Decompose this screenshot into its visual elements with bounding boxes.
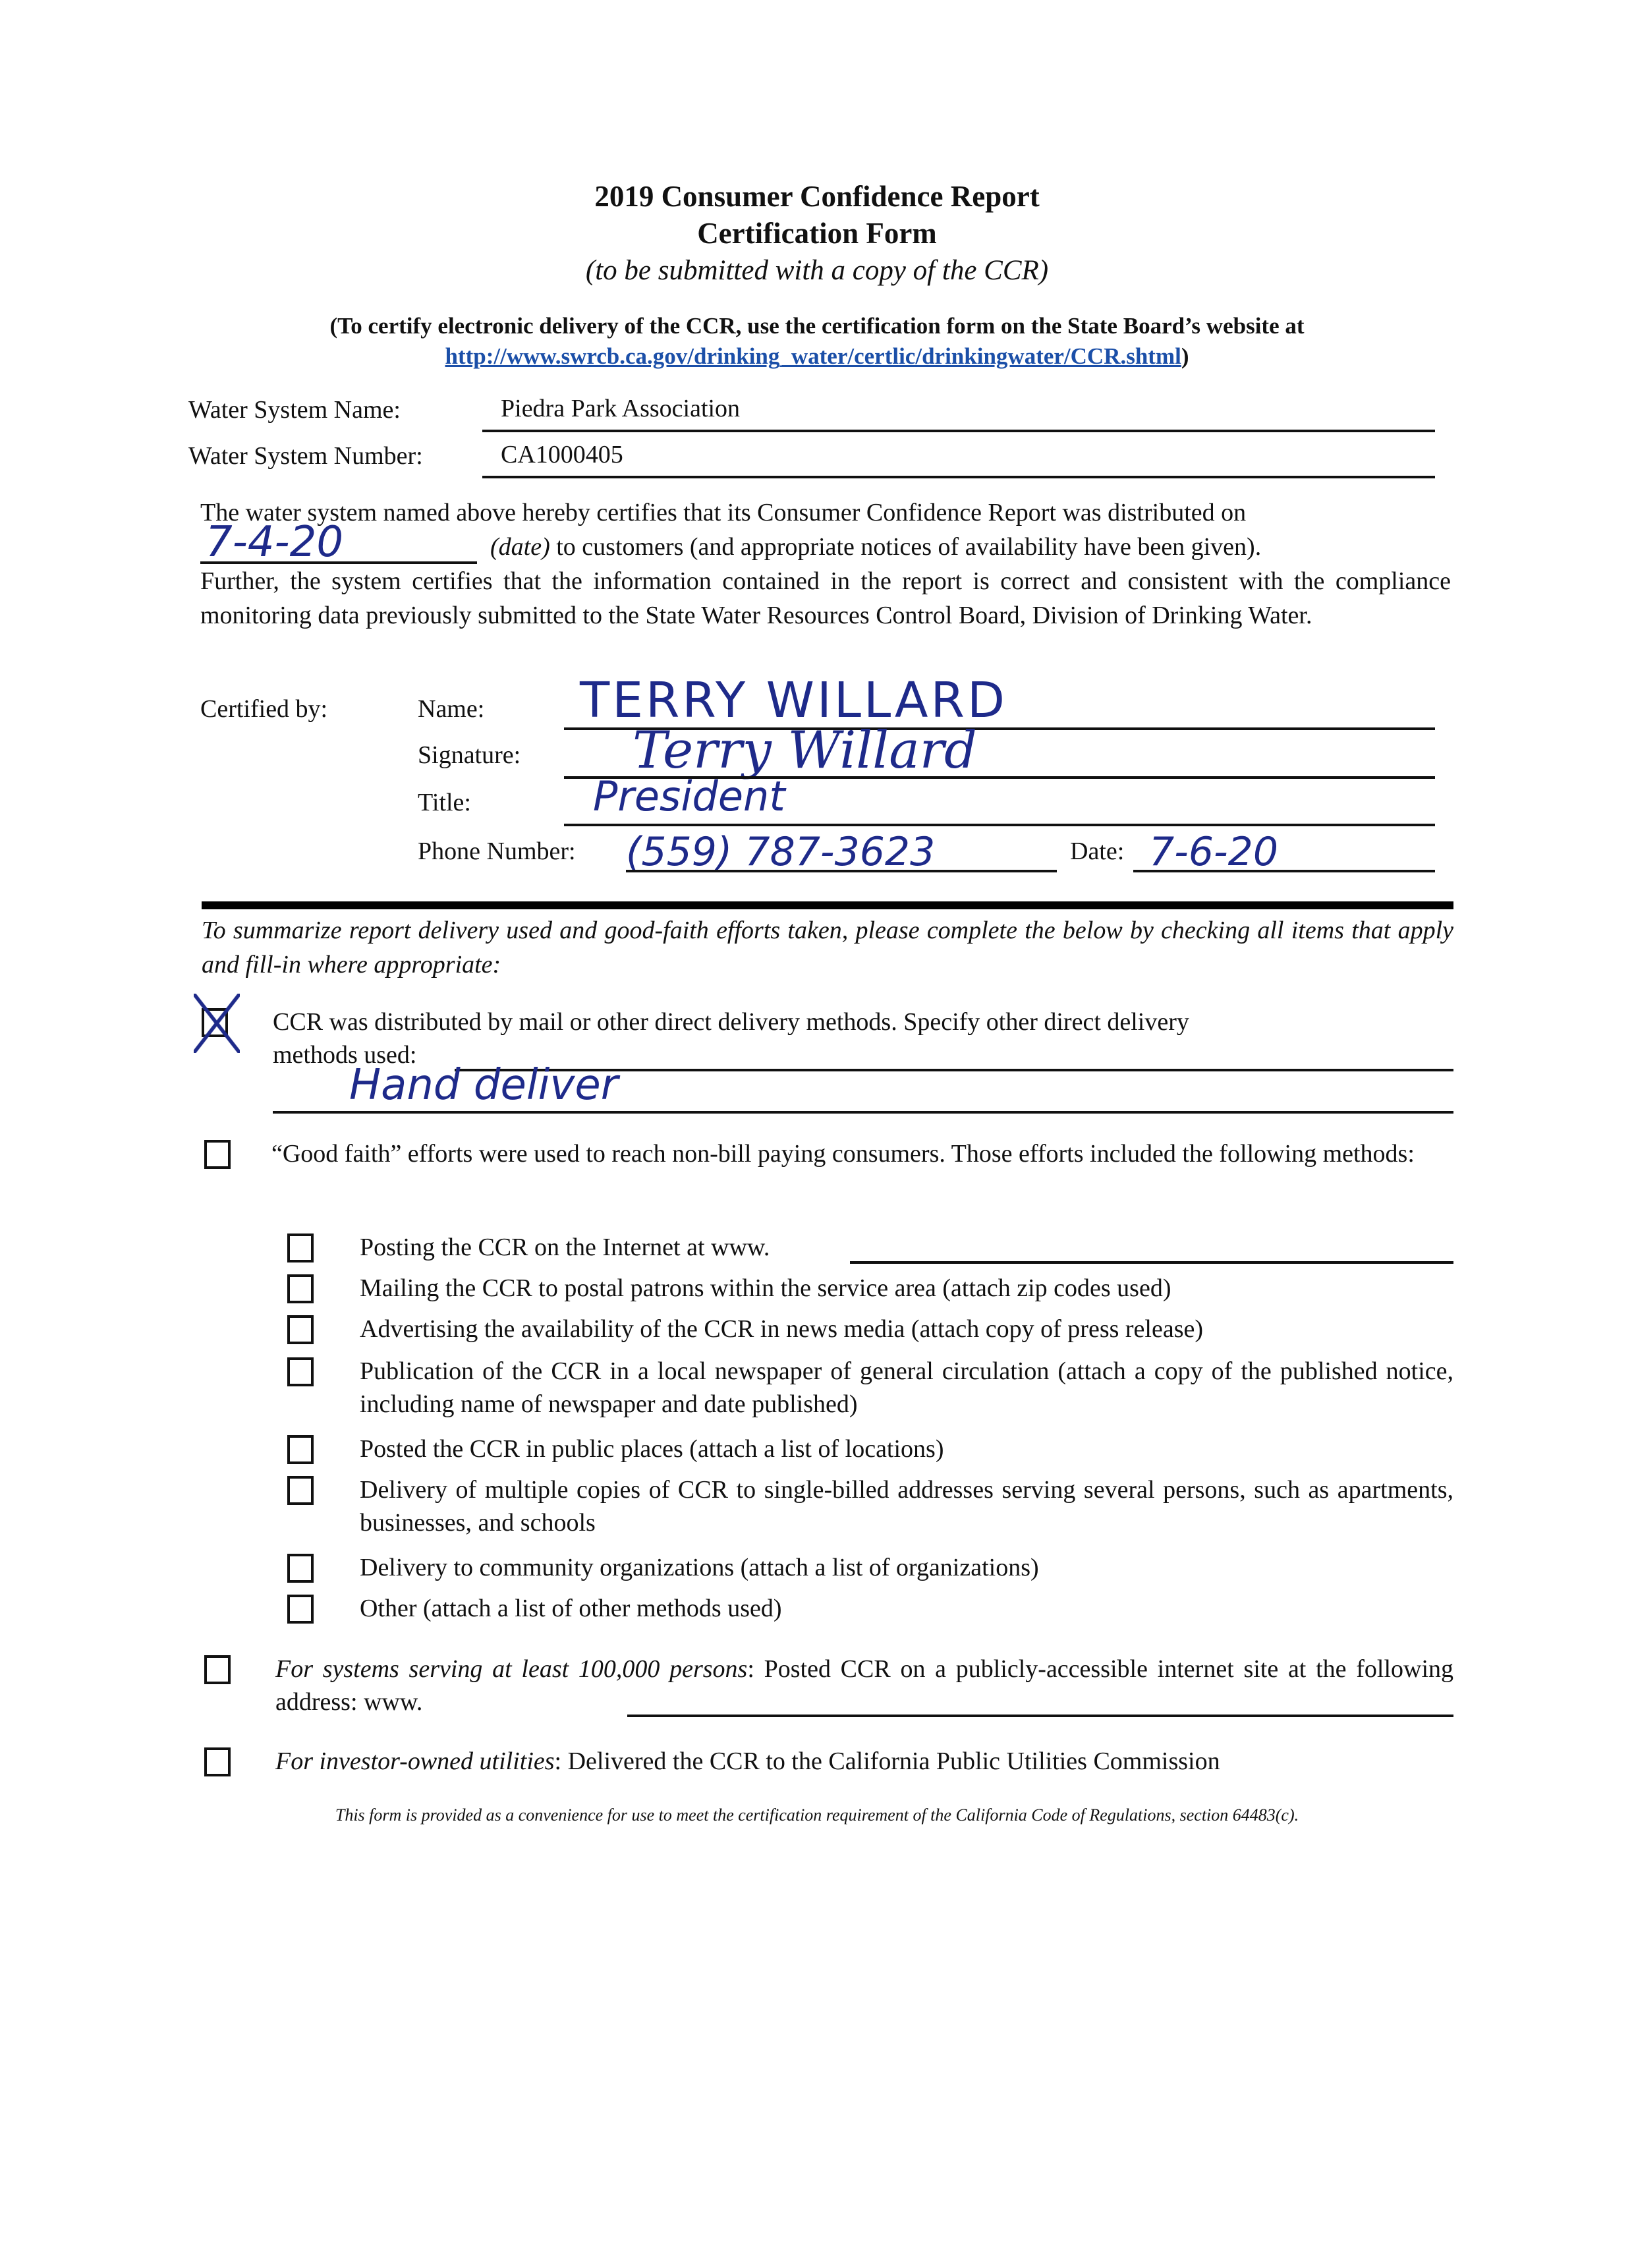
- investor-owned-checkbox[interactable]: [204, 1747, 231, 1776]
- newspaper-publication-text: Publication of the CCR in a local newspa…: [360, 1355, 1453, 1421]
- direct-delivery-methods-value[interactable]: Hand deliver: [349, 1061, 618, 1110]
- certified-by-label: Certified by:: [200, 695, 327, 723]
- water-system-name-value[interactable]: Piedra Park Association: [501, 394, 740, 423]
- electronic-delivery-link-line: http://www.swrcb.ca.gov/drinking_water/c…: [0, 341, 1634, 372]
- section-divider: [202, 901, 1453, 909]
- signature-value[interactable]: Terry Willard: [633, 721, 977, 780]
- certification-line3: Further, the system certifies that the i…: [200, 564, 1451, 633]
- public-places-text: Posted the CCR in public places (attach …: [360, 1432, 944, 1465]
- water-system-number-value[interactable]: CA1000405: [501, 440, 623, 469]
- mailing-postal-text: Mailing the CCR to postal patrons within…: [360, 1272, 1171, 1305]
- posting-internet-checkbox[interactable]: [287, 1233, 314, 1262]
- community-orgs-checkbox[interactable]: [287, 1554, 314, 1583]
- direct-delivery-text: CCR was distributed by mail or other dir…: [273, 1006, 1453, 1038]
- posting-internet-text: Posting the CCR on the Internet at www.: [360, 1231, 770, 1264]
- community-orgs-text: Delivery to community organizations (att…: [360, 1551, 1039, 1584]
- water-system-number-label: Water System Number:: [188, 441, 423, 470]
- title-value[interactable]: President: [593, 772, 785, 820]
- other-methods-text: Other (attach a list of other methods us…: [360, 1592, 782, 1625]
- form-title: 2019 Consumer Confidence Report: [0, 178, 1634, 215]
- public-places-checkbox[interactable]: [287, 1435, 314, 1464]
- good-faith-checkbox[interactable]: [204, 1140, 231, 1169]
- title-label: Title:: [418, 788, 471, 817]
- signed-date-value[interactable]: 7-6-20: [1149, 829, 1278, 875]
- advertising-media-checkbox[interactable]: [287, 1315, 314, 1344]
- state-board-link[interactable]: http://www.swrcb.ca.gov/drinking_water/c…: [445, 343, 1181, 369]
- water-system-name-label: Water System Name:: [188, 395, 401, 424]
- advertising-media-text: Advertising the availability of the CCR …: [360, 1313, 1203, 1346]
- name-field-underline: [482, 430, 1435, 432]
- phone-label: Phone Number:: [418, 837, 576, 866]
- posting-internet-underline: [850, 1261, 1453, 1264]
- signer-name-label: Name:: [418, 695, 484, 723]
- certification-line2: (date) to customers (and appropriate not…: [490, 530, 1261, 564]
- large-systems-checkbox[interactable]: [204, 1655, 231, 1684]
- large-systems-url-underline: [627, 1715, 1453, 1717]
- number-field-underline: [482, 476, 1435, 478]
- signed-date-label: Date:: [1070, 837, 1124, 866]
- form-subtitle: (to be submitted with a copy of the CCR): [0, 254, 1634, 287]
- phone-underline: [626, 870, 1057, 872]
- title-underline: [564, 824, 1435, 826]
- multiple-copies-text: Delivery of multiple copies of CCR to si…: [360, 1473, 1453, 1539]
- other-methods-checkbox[interactable]: [287, 1595, 314, 1624]
- electronic-delivery-note: (To certify electronic delivery of the C…: [0, 311, 1634, 341]
- summary-instructions: To summarize report delivery used and go…: [202, 913, 1453, 982]
- direct-delivery-checkbox[interactable]: [202, 1008, 228, 1037]
- mailing-postal-checkbox[interactable]: [287, 1274, 314, 1303]
- investor-owned-text: For investor-owned utilities: Delivered …: [275, 1745, 1220, 1778]
- multiple-copies-checkbox[interactable]: [287, 1476, 314, 1505]
- large-systems-text: For systems serving at least 100,000 per…: [275, 1653, 1453, 1718]
- signed-date-underline: [1133, 870, 1435, 872]
- certification-line1: The water system named above hereby cert…: [200, 496, 1451, 530]
- footer-note: This form is provided as a convenience f…: [0, 1805, 1634, 1825]
- newspaper-publication-checkbox[interactable]: [287, 1357, 314, 1386]
- signature-label: Signature:: [418, 741, 521, 770]
- distribution-date-value[interactable]: 7-4-20: [206, 518, 343, 567]
- form-title-line2: Certification Form: [0, 215, 1634, 252]
- phone-value[interactable]: (559) 787-3623: [626, 829, 935, 875]
- good-faith-text: “Good faith” efforts were used to reach …: [271, 1137, 1451, 1170]
- methods-underline-2: [273, 1111, 1453, 1114]
